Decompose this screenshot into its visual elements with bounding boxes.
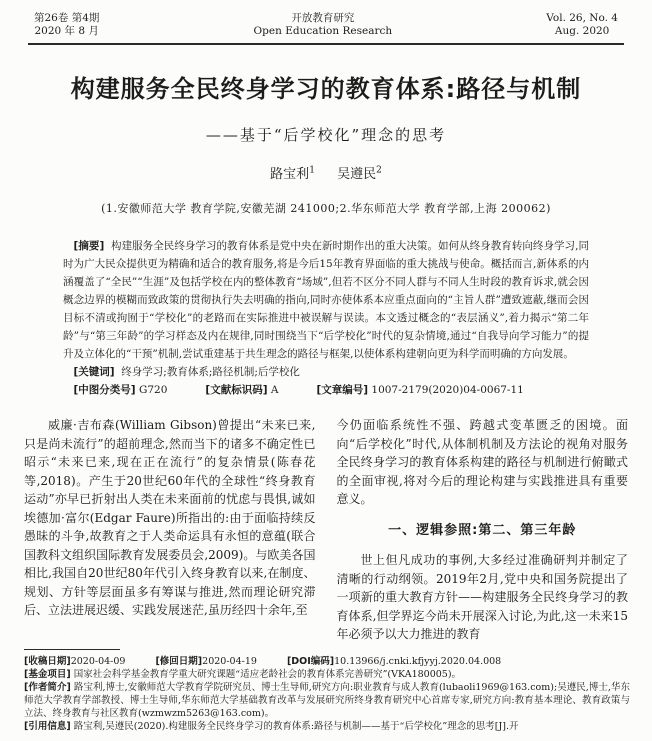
dates-doi-line: [收稿日期]2020-04-09[修回日期]2020-04-19[DOI编码]1…	[24, 655, 630, 668]
body-paragraph-right-continued: 今仍面临系统性不强、跨越式变革匮乏的困境。面向“后学校化”时代,从体制机制及方法…	[337, 416, 629, 509]
clc-item: [中图分类号] G720	[74, 381, 168, 399]
keywords-text: 终身学习;教育体系;路径机制;后学校化	[121, 366, 300, 378]
volume-issue-cn: 第26卷 第4期	[34, 12, 99, 25]
doc-code-value: A	[271, 384, 279, 396]
revised-value: 2020-04-19	[202, 656, 257, 667]
footnote-separator	[24, 649, 120, 650]
bio-value: 路宝利,博士,安徽师范大学教育学院研究员、博士生导师,研究方向:职业教育与成人教…	[24, 682, 630, 719]
doi-label: [DOI编码]	[287, 656, 334, 667]
citation-line: [引用信息] 路宝利,吴遵民(2020).构建服务全民终身学习的教育体系:路径与…	[24, 720, 630, 733]
clc-value: G720	[139, 384, 167, 396]
left-column: 威廉·吉布森(William Gibson)曾提出“未来已来,只是尚未流行”的超…	[24, 416, 316, 644]
header-left-block: 第26卷 第4期 2020 年 8 月	[34, 12, 99, 38]
header-right-block: Vol. 26, No. 4 Aug. 2020	[546, 12, 618, 38]
article-id-value: 1007-2179(2020)04-0067-11	[371, 384, 523, 396]
doi-value: 10.13966/j.cnki.kfjyyj.2020.04.008	[334, 656, 501, 667]
fund-value: 国家社会科学基金教育学重大研究课题“适应老龄社会的教育体系完善研究”(VKA18…	[74, 669, 461, 680]
right-column: 今仍面临系统性不强、跨越式变革匮乏的困境。面向“后学校化”时代,从体制机制及方法…	[337, 416, 629, 644]
author-1: 路宝利1	[270, 167, 315, 182]
article-id-label: [文章编号]	[316, 384, 368, 396]
fund-label: [基金项目]	[24, 669, 71, 680]
abstract-paragraph: [摘要] 构建服务全民终身学习的教育体系是党中央在新时期作出的重大决策。如何从终…	[63, 237, 589, 363]
clc-label: [中图分类号]	[74, 384, 136, 396]
classification-line: [中图分类号] G720 [文献标识码] A [文章编号] 1007-2179(…	[63, 381, 589, 399]
bio-label: [作者简介]	[24, 682, 71, 693]
received-value: 2020-04-09	[71, 656, 126, 667]
received-label: [收稿日期]	[24, 656, 71, 667]
affiliation-line: (1.安徽师范大学 教育学院,安徽芜湖 241000;2.华东师范大学 教育学部…	[0, 201, 652, 216]
doc-code-item: [文献标识码] A	[205, 381, 278, 399]
article-subtitle: ——基于“后学校化”理念的思考	[0, 125, 652, 145]
journal-header: 第26卷 第4期 2020 年 8 月 开放教育研究 Open Educatio…	[28, 0, 624, 45]
citation-label: [引用信息]	[24, 721, 71, 732]
date-en: Aug. 2020	[546, 25, 618, 38]
abstract-block: [摘要] 构建服务全民终身学习的教育体系是党中央在新时期作出的重大决策。如何从终…	[63, 237, 589, 399]
keywords-label: [关键词]	[74, 366, 115, 378]
fund-line: [基金项目] 国家社会科学基金教育学重大研究课题“适应老龄社会的教育体系完善研究…	[24, 668, 630, 681]
bio-line: [作者简介] 路宝利,博士,安徽师范大学教育学院研究员、博士生导师,研究方向:职…	[24, 681, 630, 720]
abstract-label: [摘要]	[74, 240, 105, 252]
journal-title-cn: 开放教育研究	[254, 12, 393, 25]
doc-code-label: [文献标识码]	[205, 384, 267, 396]
body-paragraph-left: 威廉·吉布森(William Gibson)曾提出“未来已来,只是尚未流行”的超…	[24, 416, 316, 620]
author-1-name: 路宝利	[270, 167, 309, 182]
journal-page: 第26卷 第4期 2020 年 8 月 开放教育研究 Open Educatio…	[0, 0, 652, 741]
section-heading: 一、逻辑参照:第二、第三年龄	[337, 522, 629, 541]
body-paragraph-right-2: 世上但凡成功的事例,大多经过准确研判并制定了清晰的行动纲领。2019年2月,党中…	[337, 551, 629, 644]
author-1-sup: 1	[309, 166, 315, 176]
author-line: 路宝利1 吴遵民2	[0, 162, 652, 184]
journal-title-en: Open Education Research	[254, 25, 393, 38]
author-2: 吴遵民2	[337, 167, 382, 182]
revised-label: [修回日期]	[155, 656, 202, 667]
body-columns: 威廉·吉布森(William Gibson)曾提出“未来已来,只是尚未流行”的超…	[24, 416, 628, 644]
header-center-block: 开放教育研究 Open Education Research	[254, 12, 393, 38]
footnote-area: [收稿日期]2020-04-09[修回日期]2020-04-19[DOI编码]1…	[24, 649, 630, 733]
date-cn: 2020 年 8 月	[34, 25, 99, 38]
citation-value: 路宝利,吴遵民(2020).构建服务全民终身学习的教育体系:路径与机制——基于“…	[74, 721, 519, 732]
article-title: 构建服务全民终身学习的教育体系:路径与机制	[0, 73, 652, 105]
keywords-line: [关键词] 终身学习;教育体系;路径机制;后学校化	[63, 363, 589, 381]
abstract-text: 构建服务全民终身学习的教育体系是党中央在新时期作出的重大决策。如何从终身教育转向…	[63, 240, 589, 360]
article-id-item: [文章编号] 1007-2179(2020)04-0067-11	[316, 381, 523, 399]
author-2-sup: 2	[376, 166, 382, 176]
author-2-name: 吴遵民	[337, 167, 376, 182]
volume-issue-en: Vol. 26, No. 4	[546, 12, 618, 25]
